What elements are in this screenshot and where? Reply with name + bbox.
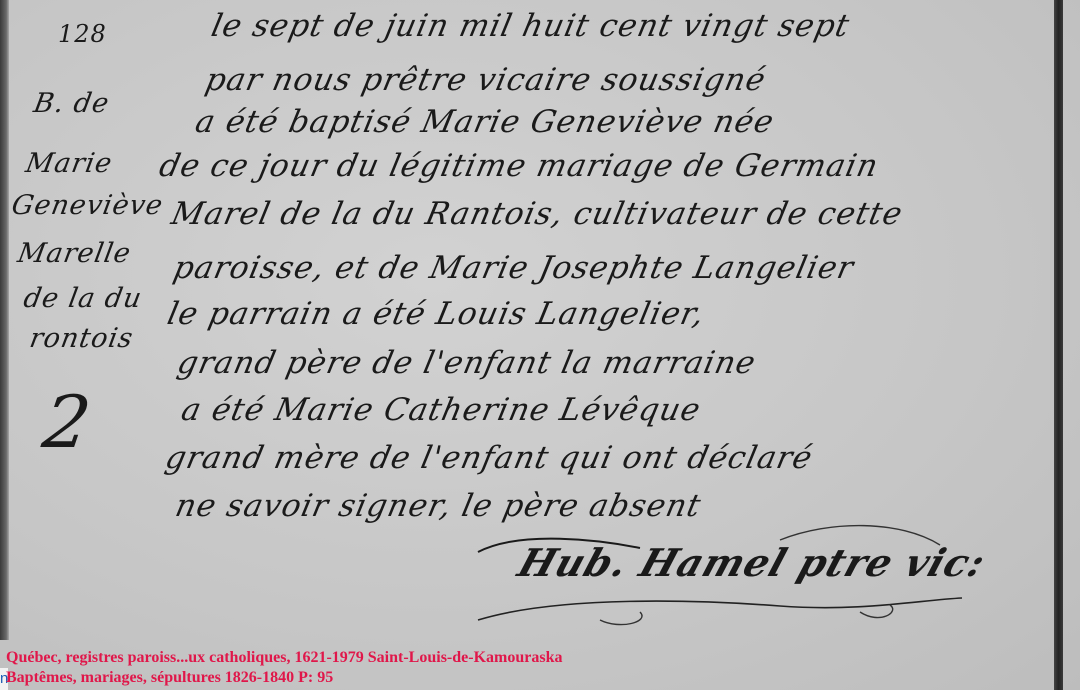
caption-source-line: Québec, registres paroiss...ux catholiqu… — [6, 648, 562, 668]
signature-flourish — [0, 0, 1080, 690]
register-page-scan: 128 B. de Marie Geneviève Marelle de la … — [0, 0, 1080, 690]
caption-volume-line: Baptêmes, mariages, sépultures 1826-1840… — [6, 668, 333, 688]
